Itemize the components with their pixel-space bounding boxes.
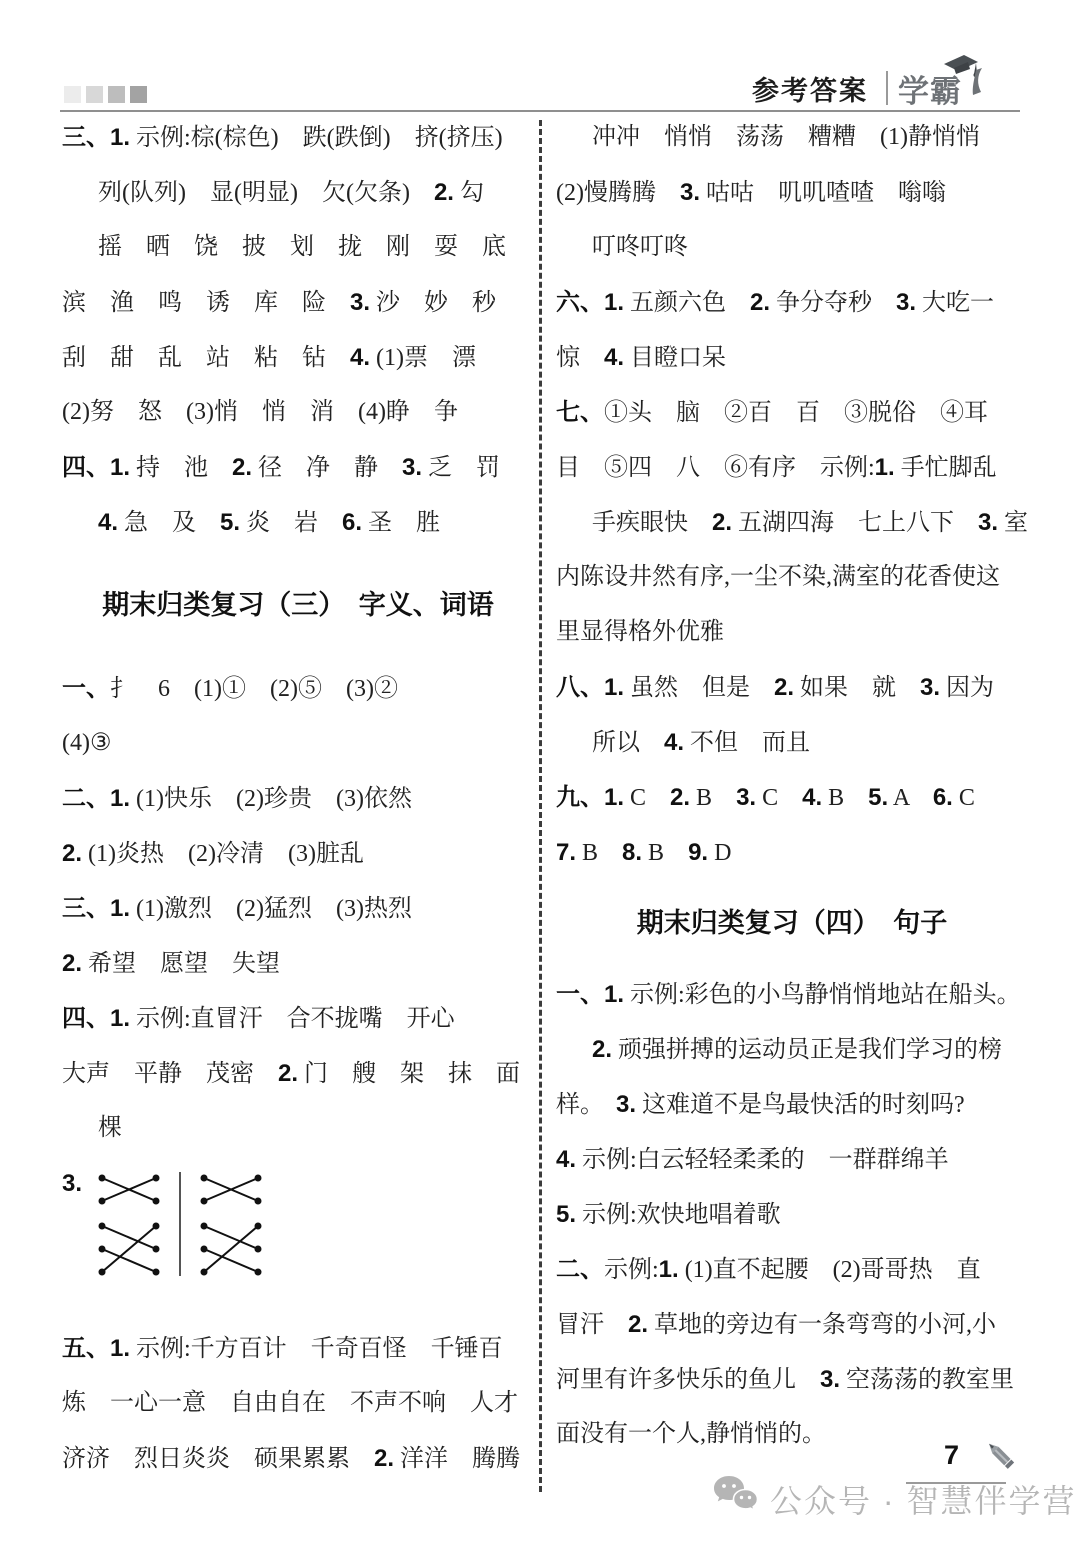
- answer-line: 四、1. 持 池 2. 径 净 静 3. 乏 罚: [62, 440, 534, 495]
- answer-line: 样。 3. 这难道不是鸟最快活的时刻吗?: [556, 1077, 1028, 1132]
- answer-line: 7. B 8. B 9. D: [556, 825, 1028, 880]
- matching-diagram-row: 3.: [62, 1156, 534, 1321]
- answer-line: 河里有许多快乐的鱼儿 3. 空荡荡的教室里: [556, 1352, 1028, 1407]
- page-header: 参考答案 学霸: [752, 66, 962, 110]
- section-heading-review3: 期末归类复习（三） 字义、词语: [62, 578, 534, 633]
- answer-line: 炼 一心一意 自由自在 不声不响 人才: [62, 1376, 534, 1431]
- answer-line: 一、1. 示例:彩色的小鸟静悄悄地站在船头。: [556, 967, 1028, 1022]
- watermark: 公众号 · 智慧伴学营: [712, 1474, 1076, 1524]
- answer-line: 手疾眼快 2. 五湖四海 七上八下 3. 室: [556, 495, 1028, 550]
- brand-logo: 学霸: [886, 66, 962, 111]
- answer-line: 二、1. (1)快乐 (2)珍贵 (3)依然: [62, 771, 534, 826]
- answer-line: 九、1. C 2. B 3. C 4. B 5. A 6. C: [556, 770, 1028, 825]
- right-column: 冲冲 悄悄 荡荡 糟糟 (1)静悄悄 (2)慢腾腾 3. 咕咕 叽叽喳喳 嗡嗡 …: [556, 110, 1028, 1462]
- answer-line: 2. 顽强拼搏的运动员正是我们学习的榜: [556, 1022, 1028, 1077]
- answer-line: 叮咚叮咚: [556, 220, 1028, 275]
- decoration-square: [130, 86, 147, 103]
- answer-line: 一、扌 6 (1)① (2)⑤ (3)②: [62, 661, 534, 716]
- answer-line: 大声 平静 茂密 2. 门 艘 架 抹 面: [62, 1046, 534, 1101]
- answer-line: 目 ⑤四 八 ⑥有序 示例:1. 手忙脚乱: [556, 440, 1028, 495]
- answer-line: 七、①头 脑 ②百 百 ③脱俗 ④耳: [556, 385, 1028, 440]
- answer-line: (4)③: [62, 716, 534, 771]
- answer-line: 冲冲 悄悄 荡荡 糟糟 (1)静悄悄: [556, 110, 1028, 165]
- answer-line: 六、1. 五颜六色 2. 争分夺秒 3. 大吃一: [556, 275, 1028, 330]
- answer-line: (2)慢腾腾 3. 咕咕 叽叽喳喳 嗡嗡: [556, 165, 1028, 220]
- answer-line: 5. 示例:欢快地唱着歌: [556, 1187, 1028, 1242]
- corner-decoration: [64, 86, 147, 103]
- answer-line: (2)努 怒 (3)悄 悄 消 (4)睁 争: [62, 385, 534, 440]
- answer-line: 二、示例:1. (1)直不起腰 (2)哥哥热 直: [556, 1242, 1028, 1297]
- answer-line: 五、1. 示例:千方百计 千奇百怪 千锤百: [62, 1321, 534, 1376]
- answer-line: 摇 晒 饶 披 划 拢 刚 耍 底: [62, 220, 534, 275]
- brand-divider: [886, 71, 888, 105]
- answer-line: 惊 4. 目瞪口呆: [556, 330, 1028, 385]
- answer-line: 棵: [62, 1101, 534, 1156]
- answer-line: 三、1. (1)激烈 (2)猛烈 (3)热烈: [62, 881, 534, 936]
- decoration-square: [86, 86, 103, 103]
- column-divider: [539, 120, 542, 1492]
- answer-key-page: 参考答案 学霸 三、1. 示例:棕(棕色) 跌(跌倒) 挤(挤压) 列(队列) …: [0, 0, 1080, 1544]
- diagram-question-number: 3.: [62, 1156, 82, 1211]
- answer-line: 滨 渔 鸣 诱 库 险 3. 沙 妙 秒: [62, 275, 534, 330]
- answer-line: 刮 甜 乱 站 粘 钻 4. (1)票 漂: [62, 330, 534, 385]
- answer-line: 里显得格外优雅: [556, 605, 1028, 660]
- decoration-square: [108, 86, 125, 103]
- answer-line: 2. (1)炎热 (2)冷清 (3)脏乱: [62, 826, 534, 881]
- decoration-square: [64, 86, 81, 103]
- answers-label: 参考答案: [752, 69, 868, 108]
- answer-line: 济济 烈日炎炎 硕果累累 2. 洋洋 腾腾: [62, 1431, 534, 1486]
- answer-line: 4. 示例:白云轻轻柔柔的 一群群绵羊: [556, 1132, 1028, 1187]
- left-column: 三、1. 示例:棕(棕色) 跌(跌倒) 挤(挤压) 列(队列) 显(明显) 欠(…: [62, 110, 534, 1486]
- answer-line: 冒汗 2. 草地的旁边有一条弯弯的小河,小: [556, 1297, 1028, 1352]
- page-number: 7: [944, 1440, 959, 1471]
- matching-diagram: [92, 1170, 268, 1280]
- answer-line: 2. 希望 愿望 失望: [62, 936, 534, 991]
- answer-line: 八、1. 虽然 但是 2. 如果 就 3. 因为: [556, 660, 1028, 715]
- answer-line: 列(队列) 显(明显) 欠(欠条) 2. 勾: [62, 165, 534, 220]
- graduation-cap-icon: [940, 50, 986, 101]
- wechat-icon: [712, 1474, 760, 1524]
- answer-line: 三、1. 示例:棕(棕色) 跌(跌倒) 挤(挤压): [62, 110, 534, 165]
- section-heading-review4: 期末归类复习（四） 句子: [556, 896, 1028, 951]
- watermark-text: 公众号 · 智慧伴学营: [770, 1476, 1076, 1522]
- answer-line: 4. 急 及 5. 炎 岩 6. 圣 胜: [62, 495, 534, 550]
- answer-line: 所以 4. 不但 而且: [556, 715, 1028, 770]
- answer-line: 内陈设井然有序,一尘不染,满室的花香使这: [556, 550, 1028, 605]
- answer-line: 四、1. 示例:直冒汗 合不拢嘴 开心: [62, 991, 534, 1046]
